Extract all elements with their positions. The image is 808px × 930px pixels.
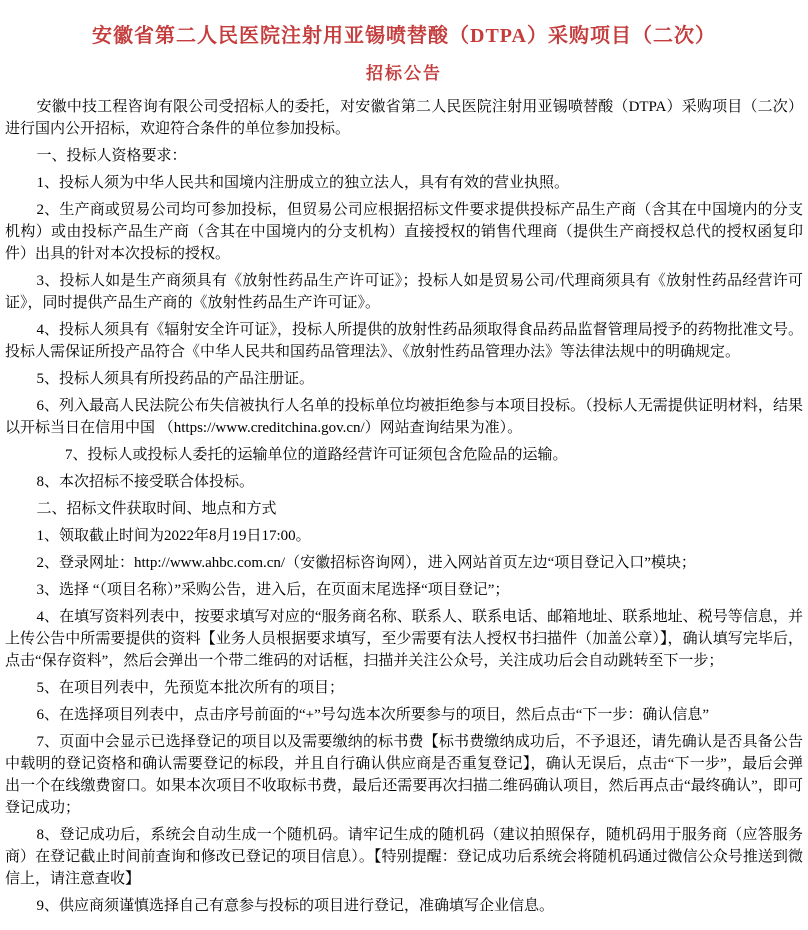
section-2-heading: 二、招标文件获取时间、地点和方式	[5, 498, 803, 520]
section-2-item-7: 7、页面中会显示已选择登记的项目以及需要缴纳的标书费【标书费缴纳成功后，不予退还…	[5, 731, 803, 819]
section-1-item-3: 3、投标人如是生产商须具有《放射性药品生产许可证》；投标人如是贸易公司/代理商须…	[5, 270, 803, 314]
section-1-item-2: 2、生产商或贸易公司均可参加投标，但贸易公司应根据招标文件要求提供投标产品生产商…	[5, 199, 803, 265]
section-2-item-2: 2、登录网址：http://www.ahbc.com.cn/（安徽招标咨询网），…	[5, 552, 803, 574]
section-2-item-3: 3、选择 “（项目名称）”采购公告，进入后，在页面末尾选择“项目登记”；	[5, 579, 803, 601]
section-2-item-4: 4、在填写资料列表中，按要求填写对应的“服务商名称、联系人、联系电话、邮箱地址、…	[5, 606, 803, 672]
section-1-heading: 一、投标人资格要求：	[5, 145, 803, 167]
section-1-item-7: 7、投标人或投标人委托的运输单位的道路经营许可证须包含危险品的运输。	[5, 444, 803, 466]
section-1-item-6: 6、列入最高人民法院公布失信被执行人名单的投标单位均被拒绝参与本项目投标。（投标…	[5, 395, 803, 439]
section-2-item-8: 8、登记成功后，系统会自动生成一个随机码。请牢记生成的随机码（建议拍照保存，随机…	[5, 824, 803, 890]
document-title: 安徽省第二人民医院注射用亚锡喷替酸（DTPA）采购项目（二次）	[5, 22, 803, 50]
section-1-item-8: 8、本次招标不接受联合体投标。	[5, 471, 803, 493]
section-2-item-9: 9、供应商须谨慎选择自己有意参与投标的项目进行登记，准确填写企业信息。	[5, 895, 803, 917]
section-1-item-5: 5、投标人须具有所投药品的产品注册证。	[5, 368, 803, 390]
document-subtitle: 招标公告	[5, 62, 803, 86]
section-1-item-4: 4、投标人须具有《辐射安全许可证》，投标人所提供的放射性药品须取得食品药品监督管…	[5, 319, 803, 363]
intro-paragraph: 安徽中技工程咨询有限公司受招标人的委托，对安徽省第二人民医院注射用亚锡喷替酸（D…	[5, 96, 803, 140]
section-2-item-6: 6、在选择项目列表中，点击序号前面的“+”号勾选本次所要参与的项目，然后点击“下…	[5, 704, 803, 726]
bid-announcement-document: 安徽省第二人民医院注射用亚锡喷替酸（DTPA）采购项目（二次） 招标公告 安徽中…	[0, 0, 808, 930]
section-1-item-1: 1、投标人须为中华人民共和国境内注册成立的独立法人，具有有效的营业执照。	[5, 172, 803, 194]
section-2-item-5: 5、在项目列表中，先预览本批次所有的项目；	[5, 677, 803, 699]
section-2-item-1: 1、领取截止时间为2022年8月19日17:00。	[5, 525, 803, 547]
